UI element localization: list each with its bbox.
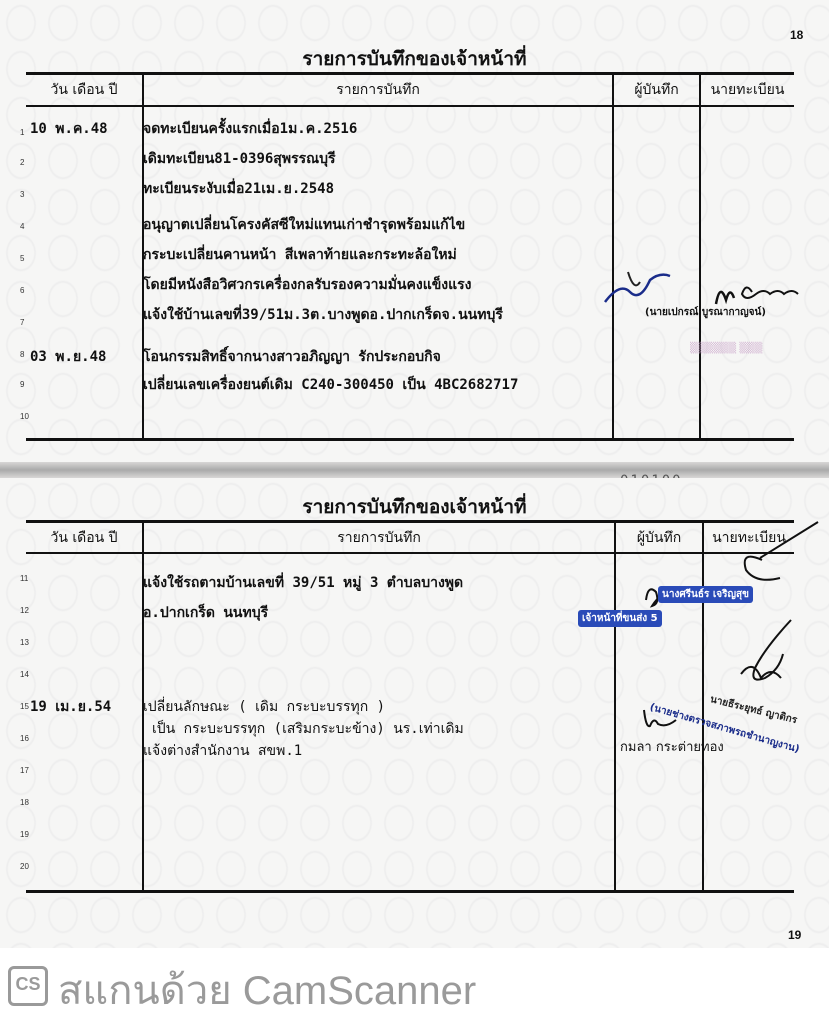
- line-number: 3: [20, 190, 24, 199]
- line-number: 18: [20, 798, 29, 807]
- column-header-date: วัน เดือน ปี: [26, 527, 142, 549]
- entry-line: เปลี่ยนลักษณะ ( เดิม กระบะบรรทุก ): [143, 696, 385, 718]
- line-number: 8: [20, 350, 24, 359]
- faded-stamp: ▒▒▒▒▒▒ ▒▒▒: [690, 343, 762, 354]
- entry-line: แจ้งต่างสำนักงาน สขพ.1: [143, 740, 302, 762]
- line-number: 20: [20, 862, 29, 871]
- entry-date: 03 พ.ย.48: [30, 346, 106, 368]
- line-number: 13: [20, 638, 29, 647]
- line-number: 1: [20, 128, 24, 137]
- entry-line: โดยมีหนังสือวิศวกรเครื่องกลรับรองความมั่…: [143, 274, 472, 296]
- entry-line: แจ้งใช้รถตามบ้านเลขที่ 39/51 หมู่ 3 ตำบล…: [143, 572, 463, 594]
- entry-date: 19 เม.ย.54: [30, 696, 111, 718]
- registrar-signature-icon: [735, 618, 795, 688]
- page-number: 18: [790, 28, 803, 42]
- line-number: 2: [20, 158, 24, 167]
- line-number: 14: [20, 670, 29, 679]
- page-fold: [0, 462, 829, 478]
- column-header-record: รายการบันทึก: [144, 527, 614, 549]
- camscanner-text: สแกนด้วย CamScanner: [58, 958, 476, 1022]
- entry-line: ทะเบียนระงับเมื่อ21เม.ย.2548: [143, 178, 334, 200]
- entry-line: โอนกรรมสิทธิ์จากนางสาวอภิญญา รักประกอบกิ…: [143, 346, 441, 368]
- officer-stamp-title: เจ้าหน้าที่ขนส่ง 5: [578, 610, 662, 627]
- entry-date: 10 พ.ค.48: [30, 118, 108, 140]
- line-number: 15: [20, 702, 29, 711]
- line-number: 17: [20, 766, 29, 775]
- line-number: 16: [20, 734, 29, 743]
- camscanner-logo-icon: CS: [8, 966, 48, 1006]
- registrar-name: (นายเปกรณ์ บูรณากาญจน์): [645, 305, 766, 320]
- line-number: 12: [20, 606, 29, 615]
- column-header-date: วัน เดือน ปี: [26, 79, 142, 101]
- entry-line: กระบะเปลี่ยนคานหน้า สีเพลาท้ายและกระทะล้…: [143, 244, 457, 266]
- line-number: 19: [20, 830, 29, 839]
- line-number: 5: [20, 254, 24, 263]
- line-number: 10: [20, 412, 29, 421]
- entry-line: แจ้งใช้บ้านเลขที่39/51ม.3ต.บางพูดอ.ปากเก…: [143, 304, 503, 326]
- entry-line: อนุญาตเปลี่ยนโครงคัสซีใหม่แทนเก่าชำรุดพร…: [143, 214, 465, 236]
- line-number: 4: [20, 222, 24, 231]
- registrar-line-mark-icon: [690, 520, 820, 590]
- officer-stamp: นางศรีนธ์ร เจริญสุข: [658, 586, 753, 603]
- recorder-signature-icon: [640, 706, 680, 732]
- entry-line: จดทะเบียนครั้งแรกเมื่อ1ม.ค.2516: [143, 118, 357, 140]
- entry-line: เดิมทะเบียน81-0396สุพรรณบุรี: [143, 148, 336, 170]
- ledger-page-bottom: รายการบันทึกของเจ้าหน้าที่ วัน เดือน ปี …: [0, 478, 829, 948]
- section-title: รายการบันทึกของเจ้าหน้าที่: [0, 44, 829, 74]
- line-number: 9: [20, 380, 24, 389]
- entry-line: เป็น กระบะบรรทุก (เสริมกระบะข้าง) นร.เท่…: [152, 718, 464, 740]
- column-header-registrar: นายทะเบียน: [701, 79, 794, 101]
- line-number: 6: [20, 286, 24, 295]
- line-number: 7: [20, 318, 24, 327]
- registrar-signature-icon: [712, 278, 812, 308]
- column-header-recorder: ผู้บันทึก: [614, 79, 699, 101]
- line-number: 11: [20, 574, 28, 583]
- page-number: 19: [788, 928, 801, 942]
- entry-line: อ.ปากเกร็ด นนทบุรี: [143, 602, 268, 624]
- column-header-record: รายการบันทึก: [144, 79, 612, 101]
- ledger-page-top: 18 รายการบันทึกของเจ้าหน้าที่ วัน เดือน …: [0, 0, 829, 462]
- section-title: รายการบันทึกของเจ้าหน้าที่: [0, 492, 829, 522]
- recorder-name: กมลา กระต่ายทอง: [620, 736, 724, 757]
- entry-line: เปลี่ยนเลขเครื่องยนต์เดิม C240-300450 เป…: [143, 374, 518, 396]
